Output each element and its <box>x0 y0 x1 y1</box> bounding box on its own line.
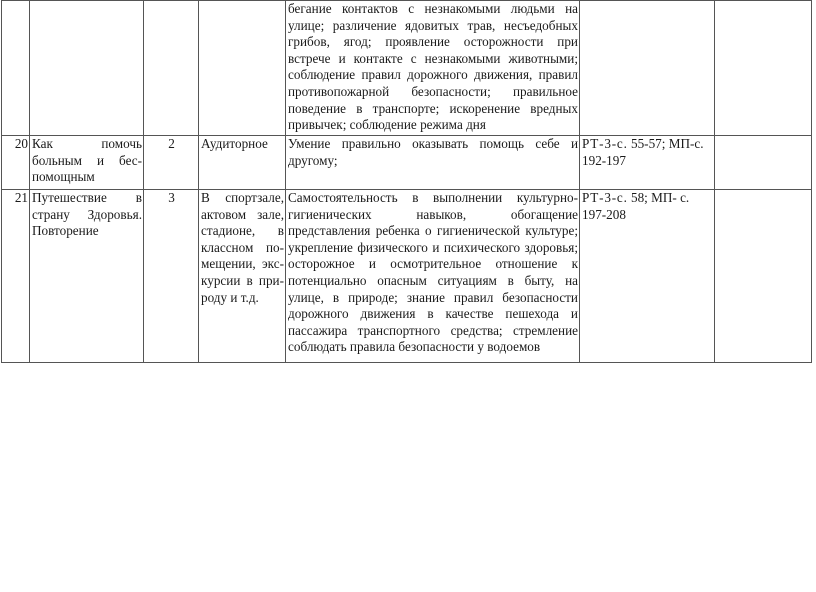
workbook-reference: РТ-3-с. <box>582 190 628 205</box>
hours-cell <box>144 1 199 136</box>
row-number-cell: 21 <box>2 190 30 363</box>
hours-cell: 2 <box>144 136 199 190</box>
page-range: 192-197 <box>582 153 626 168</box>
page-range: 197-208 <box>582 207 626 222</box>
topic-cell: Путешествие в страну Здоровья. Повторени… <box>30 190 144 363</box>
table-row: 21 Путешествие в страну Здоровья. Повтор… <box>2 190 812 363</box>
methodical-reference: 58; МП- с. <box>628 190 690 205</box>
references-cell: РТ-3-с. 55-57; МП-с.192-197 <box>580 136 715 190</box>
row-number-cell <box>2 1 30 136</box>
references-cell: РТ-3-с. 58; МП- с.197-208 <box>580 190 715 363</box>
methodical-reference: 55-57; МП-с. <box>628 136 704 151</box>
topic-cell: Как помочь больным и бес-помощным <box>30 136 144 190</box>
row-number-cell: 20 <box>2 136 30 190</box>
workbook-reference: РТ-3-с. <box>582 136 628 151</box>
topic-cell <box>30 1 144 136</box>
content-cell: Самостоятельность в выполнении культурно… <box>286 190 580 363</box>
form-cell: В спортзале, актовом зале, стадионе, в к… <box>199 190 286 363</box>
table-row: 20 Как помочь больным и бес-помощным 2 А… <box>2 136 812 190</box>
table-row: бегание контактов с незнакомыми людьми н… <box>2 1 812 136</box>
form-cell: Аудиторное <box>199 136 286 190</box>
hours-cell: 3 <box>144 190 199 363</box>
notes-cell <box>715 136 812 190</box>
lesson-plan-table: бегание контактов с незнакомыми людьми н… <box>1 0 812 363</box>
content-cell: Умение правильно оказывать помощь себе и… <box>286 136 580 190</box>
notes-cell <box>715 190 812 363</box>
form-cell <box>199 1 286 136</box>
notes-cell <box>715 1 812 136</box>
content-cell: бегание контактов с незнакомыми людьми н… <box>286 1 580 136</box>
references-cell <box>580 1 715 136</box>
